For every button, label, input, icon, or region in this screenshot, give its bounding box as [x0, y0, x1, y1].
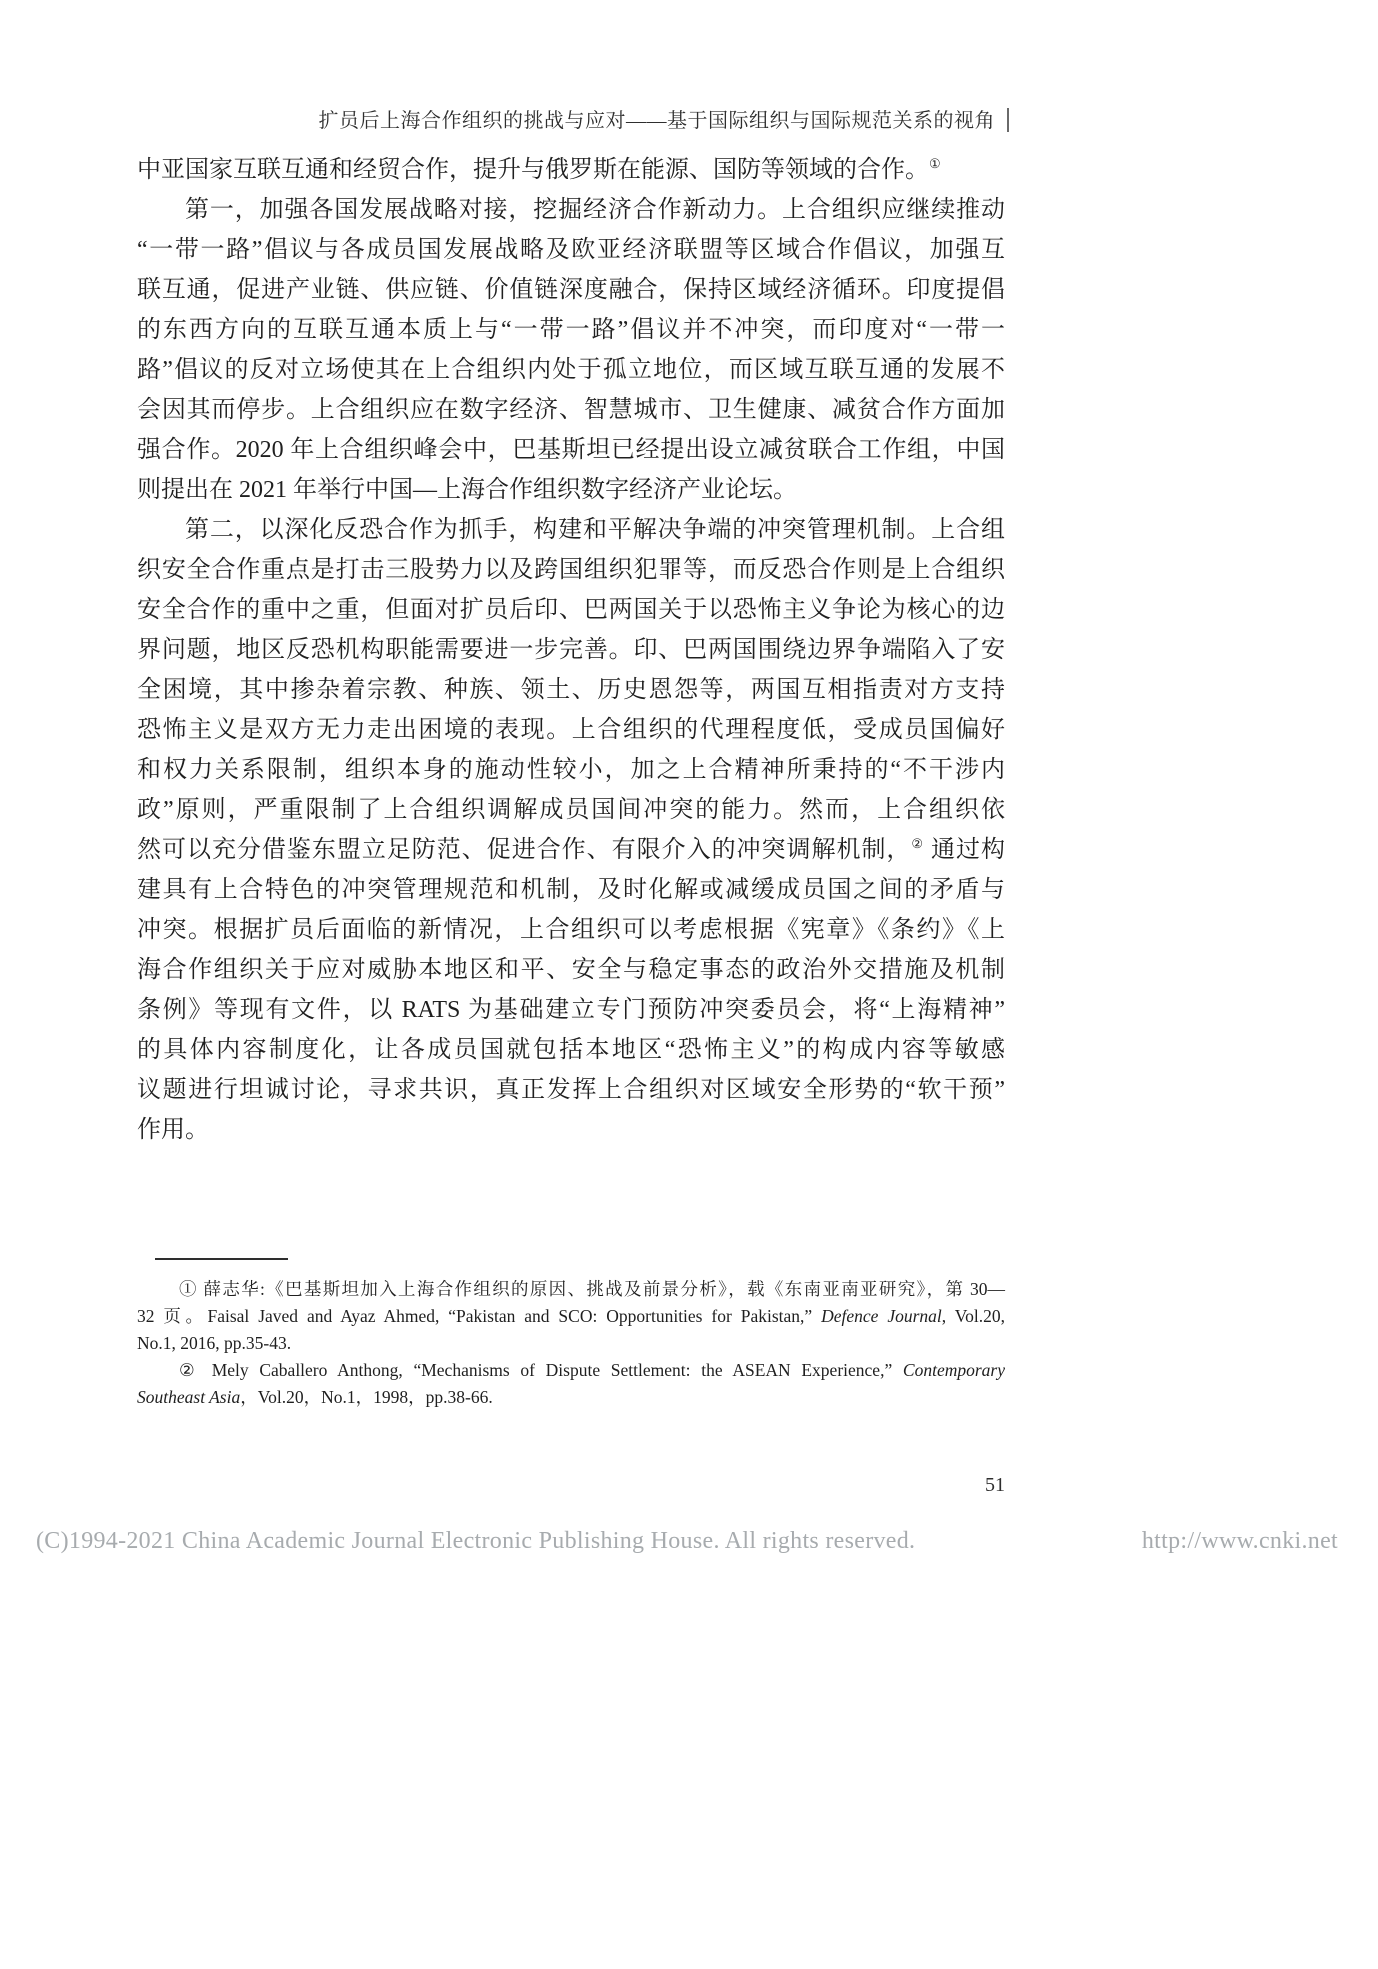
footnote-line: 32 页。Faisal Javed and Ayaz Ahmed, “Pakis… — [137, 1303, 1005, 1330]
body-text-line: 作用。 — [137, 1110, 1005, 1150]
body-text-line: 恐怖主义是双方无力走出困境的表现。上合组织的代理程度低，受成员国偏好 — [137, 710, 1005, 750]
body-text-line: 第一，加强各国发展战略对接，挖掘经济合作新动力。上合组织应继续推动 — [137, 190, 1005, 230]
body-text-line: 第二，以深化反恐合作为抓手，构建和平解决争端的冲突管理机制。上合组 — [137, 510, 1005, 550]
body-text-line: 然可以充分借鉴东盟立足防范、促进合作、有限介入的冲突调解机制，② 通过构 — [137, 830, 1005, 870]
body-text-line: 安全合作的重中之重，但面对扩员后印、巴两国关于以恐怖主义争论为核心的边 — [137, 590, 1005, 630]
footer-copyright: (C)1994-2021 China Academic Journal Elec… — [36, 1528, 915, 1555]
header-divider — [1007, 108, 1009, 132]
body-text-line: 则提出在 2021 年举行中国—上海合作组织数字经济产业论坛。 — [137, 470, 1005, 510]
body-text-line: 政”原则，严重限制了上合组织调解成员国间冲突的能力。然而，上合组织依 — [137, 790, 1005, 830]
text-run: 条例》等现有文件，以 RATS 为基础建立专门预防冲突委员会，将“上海精神” — [137, 997, 1005, 1023]
body-text-line: 路”倡议的反对立场使其在上合组织内处于孤立地位，而区域互联互通的发展不 — [137, 350, 1005, 390]
footnote-line: ② Mely Caballero Anthong, “Mechanisms of… — [137, 1357, 1005, 1384]
page-header: 扩员后上海合作组织的挑战与应对——基于国际组织与国际规范关系的视角 — [137, 104, 1009, 133]
footnote-line: No.1, 2016, pp.35-43. — [137, 1330, 1005, 1357]
text-run: , Vol.20, — [942, 1306, 1005, 1326]
text-run: ① 薛志华:《巴基斯坦加入上海合作组织的原因、挑战及前景分析》，载《东南亚南亚研… — [179, 1279, 1005, 1299]
text-run: 32 页。Faisal Javed and Ayaz Ahmed, “Pakis… — [137, 1306, 821, 1326]
text-run: 和权力关系限制，组织本身的施动性较小，加之上合精神所秉持的“不干涉内 — [137, 757, 1005, 783]
footnote-ref-mark: ② — [911, 836, 924, 851]
body-text-line: 海合作组织关于应对威胁本地区和平、安全与稳定事态的政治外交措施及机制 — [137, 950, 1005, 990]
text-run: 通过构 — [924, 837, 1005, 863]
text-run: 冲突。根据扩员后面临的新情况，上合组织可以考虑根据《宪章》《条约》《上 — [137, 917, 1005, 943]
body-text-line: 联互通，促进产业链、供应链、价值链深度融合，保持区域经济循环。印度提倡 — [137, 270, 1005, 310]
text-run: 政”原则，严重限制了上合组织调解成员国间冲突的能力。然而，上合组织依 — [137, 797, 1005, 823]
footnote-rule — [155, 1258, 288, 1260]
body-text-line: 会因其而停步。上合组织应在数字经济、智慧城市、卫生健康、减贫合作方面加 — [137, 390, 1005, 430]
body-text-line: 界问题，地区反恐机构职能需要进一步完善。印、巴两国围绕边界争端陷入了安 — [137, 630, 1005, 670]
body-text-line: 全困境，其中掺杂着宗教、种族、领土、历史恩怨等，两国互相指责对方支持 — [137, 670, 1005, 710]
text-run: 议题进行坦诚讨论，寻求共识，真正发挥上合组织对区域安全形势的“软干预” — [137, 1077, 1005, 1103]
body-text-line: 中亚国家互联互通和经贸合作，提升与俄罗斯在能源、国防等领域的合作。① — [137, 150, 1005, 190]
text-run: No.1, 2016, pp.35-43. — [137, 1333, 291, 1353]
text-run: 联互通，促进产业链、供应链、价值链深度融合，保持区域经济循环。印度提倡 — [137, 277, 1005, 303]
body-text-line: 的具体内容制度化，让各成员国就包括本地区“恐怖主义”的构成内容等敏感 — [137, 1030, 1005, 1070]
body-text-line: 的东西方向的互联互通本质上与“一带一路”倡议并不冲突，而印度对“一带一 — [137, 310, 1005, 350]
text-run: ② Mely Caballero Anthong, “Mechanisms of… — [179, 1360, 903, 1380]
body-text-line: 织安全合作重点是打击三股势力以及跨国组织犯罪等，而反恐合作则是上合组织 — [137, 550, 1005, 590]
page-footer: (C)1994-2021 China Academic Journal Elec… — [0, 1528, 1378, 1555]
footer-url: http://www.cnki.net — [1142, 1528, 1338, 1555]
text-run: 界问题，地区反恐机构职能需要进一步完善。印、巴两国围绕边界争端陷入了安 — [137, 637, 1005, 663]
body-text-line: 冲突。根据扩员后面临的新情况，上合组织可以考虑根据《宪章》《条约》《上 — [137, 910, 1005, 950]
italic-text: Contemporary — [903, 1360, 1005, 1380]
text-run: 路”倡议的反对立场使其在上合组织内处于孤立地位，而区域互联互通的发展不 — [137, 357, 1005, 383]
text-run: 恐怖主义是双方无力走出困境的表现。上合组织的代理程度低，受成员国偏好 — [137, 717, 1005, 743]
body-text-line: 议题进行坦诚讨论，寻求共识，真正发挥上合组织对区域安全形势的“软干预” — [137, 1070, 1005, 1110]
text-run: 强合作。2020 年上合组织峰会中，巴基斯坦已经提出设立减贫联合工作组，中国 — [137, 437, 1005, 463]
text-run: 中亚国家互联互通和经贸合作，提升与俄罗斯在能源、国防等领域的合作。 — [137, 157, 929, 183]
text-run: ，Vol.20，No.1，1998，pp.38-66. — [240, 1387, 492, 1407]
text-run: 作用。 — [137, 1117, 209, 1143]
text-run: 全困境，其中掺杂着宗教、种族、领土、历史恩怨等，两国互相指责对方支持 — [137, 677, 1005, 703]
text-run: 的具体内容制度化，让各成员国就包括本地区“恐怖主义”的构成内容等敏感 — [137, 1037, 1005, 1063]
document-page: 扩员后上海合作组织的挑战与应对——基于国际组织与国际规范关系的视角 中亚国家互联… — [0, 0, 1378, 1969]
text-run: 则提出在 2021 年举行中国—上海合作组织数字经济产业论坛。 — [137, 477, 797, 503]
text-run: 然可以充分借鉴东盟立足防范、促进合作、有限介入的冲突调解机制， — [137, 837, 911, 863]
text-run: 安全合作的重中之重，但面对扩员后印、巴两国关于以恐怖主义争论为核心的边 — [137, 597, 1005, 623]
text-run: 建具有上合特色的冲突管理规范和机制，及时化解或减缓成员国之间的矛盾与 — [137, 877, 1005, 903]
body-text-line: “一带一路”倡议与各成员国发展战略及欧亚经济联盟等区域合作倡议，加强互 — [137, 230, 1005, 270]
text-run: “一带一路”倡议与各成员国发展战略及欧亚经济联盟等区域合作倡议，加强互 — [137, 237, 1005, 263]
text-run: 海合作组织关于应对威胁本地区和平、安全与稳定事态的政治外交措施及机制 — [137, 957, 1005, 983]
italic-text: Defence Journal — [821, 1306, 942, 1326]
text-run: 第一，加强各国发展战略对接，挖掘经济合作新动力。上合组织应继续推动 — [185, 197, 1005, 223]
body-text-line: 和权力关系限制，组织本身的施动性较小，加之上合精神所秉持的“不干涉内 — [137, 750, 1005, 790]
italic-text: Southeast Asia — [137, 1387, 240, 1407]
header-title: 扩员后上海合作组织的挑战与应对——基于国际组织与国际规范关系的视角 — [319, 110, 996, 132]
page-number: 51 — [137, 1474, 1005, 1497]
text-run: 织安全合作重点是打击三股势力以及跨国组织犯罪等，而反恐合作则是上合组织 — [137, 557, 1005, 583]
text-run: 会因其而停步。上合组织应在数字经济、智慧城市、卫生健康、减贫合作方面加 — [137, 397, 1005, 423]
text-run: 的东西方向的互联互通本质上与“一带一路”倡议并不冲突，而印度对“一带一 — [137, 317, 1005, 343]
footnote-line: Southeast Asia，Vol.20，No.1，1998，pp.38-66… — [137, 1384, 1005, 1411]
text-run: 第二，以深化反恐合作为抓手，构建和平解决争端的冲突管理机制。上合组 — [185, 517, 1005, 543]
body-text-line: 建具有上合特色的冲突管理规范和机制，及时化解或减缓成员国之间的矛盾与 — [137, 870, 1005, 910]
footnote-ref-mark: ① — [929, 156, 941, 171]
footnotes: ① 薛志华:《巴基斯坦加入上海合作组织的原因、挑战及前景分析》，载《东南亚南亚研… — [137, 1276, 1005, 1411]
footnote-line: ① 薛志华:《巴基斯坦加入上海合作组织的原因、挑战及前景分析》，载《东南亚南亚研… — [137, 1276, 1005, 1303]
body-text: 中亚国家互联互通和经贸合作，提升与俄罗斯在能源、国防等领域的合作。①第一，加强各… — [137, 150, 1005, 1150]
body-text-line: 条例》等现有文件，以 RATS 为基础建立专门预防冲突委员会，将“上海精神” — [137, 990, 1005, 1030]
body-text-line: 强合作。2020 年上合组织峰会中，巴基斯坦已经提出设立减贫联合工作组，中国 — [137, 430, 1005, 470]
